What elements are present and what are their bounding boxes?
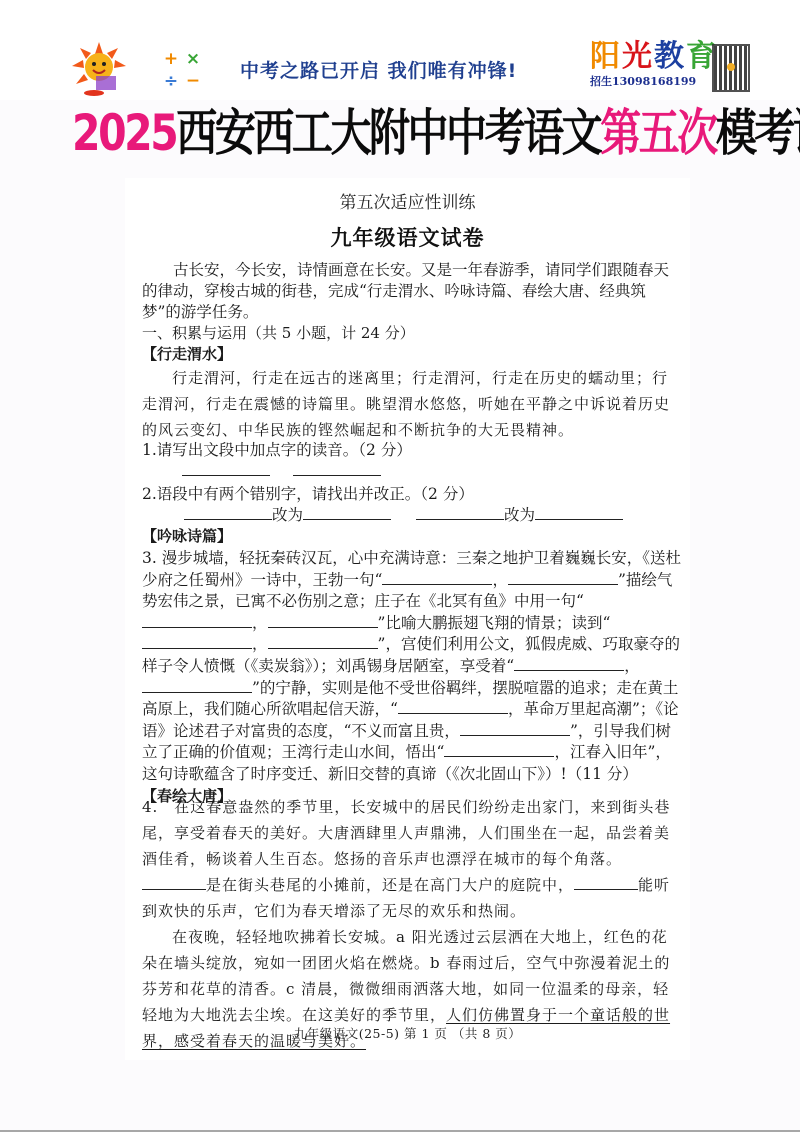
question-2: 2.语段中有两个错别字，请找出并改正。（2 分） 改为 改为 【吟咏诗篇】 [142, 484, 682, 547]
qr-code-icon [712, 44, 750, 92]
brand-char: 教 [654, 39, 686, 74]
question-3: 3. 漫步城墙，轻抚秦砖汉瓦，心中充满诗意：三秦之地护卫着巍巍长安，《送杜少府之… [142, 548, 682, 807]
title-suffix: 模考试卷 [716, 104, 800, 162]
section-heading: 一、积累与运用（共 5 小题，计 24 分） [142, 323, 682, 344]
title-year: 2025 [72, 104, 176, 162]
divide-icon: ÷ [160, 70, 182, 92]
times-icon: × [182, 48, 204, 70]
exam-subtitle: 第五次适应性训练 [125, 188, 690, 213]
change-to-label: 改为 [504, 506, 535, 524]
poem-blank[interactable] [398, 699, 508, 714]
poem-blank[interactable] [460, 721, 570, 736]
poem-blank[interactable] [382, 570, 492, 585]
brand-block: 阳光教育 招生13098168199 [590, 38, 720, 98]
poem-blank[interactable] [142, 678, 252, 693]
intro-paragraph: 古长安，今长安，诗情画意在长安。又是一年春游季，请同学们跟随春天的律动，穿梭古城… [142, 260, 682, 323]
q3-text: ”比喻大鹏振翅飞翔的情景；读到“ [378, 614, 611, 632]
brand-name: 阳光教育 [590, 38, 720, 76]
wrong-char-blank[interactable] [184, 505, 272, 520]
correct-char-blank[interactable] [535, 505, 623, 520]
brand-char: 阳 [590, 39, 622, 74]
change-to-label: 改为 [272, 506, 303, 524]
brand-char: 光 [622, 39, 654, 74]
question-2-text: 2.语段中有两个错别字，请找出并改正。（2 分） [142, 484, 682, 505]
poem-blank[interactable] [142, 613, 252, 628]
comma: ， [252, 635, 268, 653]
title-round: 第五次 [600, 104, 716, 162]
wrong-char-blank[interactable] [416, 505, 504, 520]
comma: ， [492, 571, 508, 589]
title-school: 西安西工大附中中考语文 [176, 104, 600, 162]
poem-blank[interactable] [514, 656, 624, 671]
passage-weishui: 行走渭河，行走在远古的迷离里；行走渭河，行走在历史的蠕动里；行走渭河，行走在震憾… [142, 365, 682, 443]
poem-blank[interactable] [444, 742, 554, 757]
answer-blank[interactable] [293, 461, 381, 476]
sunshine-mascot-logo-icon [68, 40, 130, 98]
question-1: 1.请写出文段中加点字的读音。（2 分） [142, 440, 682, 483]
q4-paragraph-1: 4. 在这春意盎然的季节里，长安城中的居民们纷纷走出家门，来到街头巷尾，享受着春… [142, 794, 682, 924]
subsection-heading: 【行走渭水】 [142, 344, 682, 365]
question-1-text: 1.请写出文段中加点字的读音。（2 分） [142, 440, 682, 461]
poem-blank[interactable] [268, 634, 378, 649]
exam-title: 九年级语文试卷 [125, 222, 690, 252]
connective-blank[interactable] [142, 875, 206, 890]
poem-blank[interactable] [268, 613, 378, 628]
answer-blank[interactable] [182, 461, 270, 476]
minus-icon: − [182, 70, 204, 92]
banner-slogan: 中考之路已开启 我们唯有冲锋! [240, 56, 517, 83]
math-operators-icon: +× ÷− [160, 48, 210, 92]
page-footer: 九年级语文(25-5) 第 1 页 （共 8 页） [125, 1024, 690, 1042]
connective-blank[interactable] [574, 875, 638, 890]
ad-banner: +× ÷− 中考之路已开启 我们唯有冲锋! 阳光教育 招生13098168199 [0, 0, 800, 100]
comma: ， [624, 657, 640, 675]
plus-icon: + [160, 48, 182, 70]
page-title: 2025西安西工大附中中考语文第五次模考试卷 [72, 98, 728, 168]
subsection-heading: 【吟咏诗篇】 [142, 526, 682, 547]
intro-block: 古长安，今长安，诗情画意在长安。又是一年春游季，请同学们跟随春天的律动，穿梭古城… [142, 260, 682, 443]
question-4: 4. 在这春意盎然的季节里，长安城中的居民们纷纷走出家门，来到街头巷尾，享受着春… [142, 794, 682, 1054]
poem-blank[interactable] [142, 634, 252, 649]
correct-char-blank[interactable] [303, 505, 391, 520]
q4-text: 是在街头巷尾的小摊前，还是在高门大户的庭院中， [206, 876, 574, 894]
q4-text: 4. 在这春意盎然的季节里，长安城中的居民们纷纷走出家门，来到街头巷尾，享受着春… [142, 798, 670, 868]
poem-blank[interactable] [508, 570, 618, 585]
comma: ， [252, 614, 268, 632]
exam-paper: 第五次适应性训练 九年级语文试卷 古长安，今长安，诗情画意在长安。又是一年春游季… [125, 178, 690, 1060]
